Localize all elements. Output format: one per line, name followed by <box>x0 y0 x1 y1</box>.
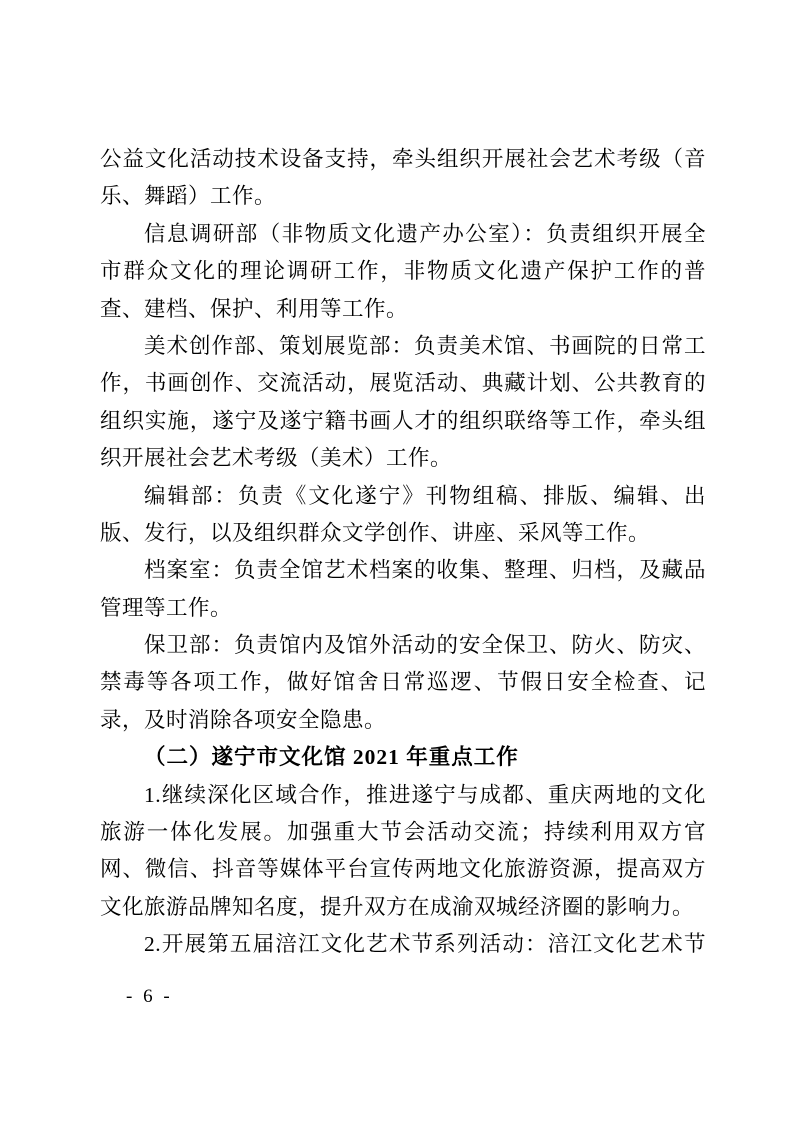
text-line: 1.继续深化区域合作，推进遂宁与成都、重庆两地的文化 <box>100 777 706 814</box>
section-heading: （二）遂宁市文化馆 2021 年重点工作 <box>100 739 706 776</box>
text-line: 版、发行，以及组织群众文学创作、讲座、采风等工作。 <box>100 515 706 552</box>
text-line: 编辑部：负责《文化遂宁》刊物组稿、排版、编辑、出 <box>100 478 706 515</box>
text-line: 织开展社会艺术考级（美术）工作。 <box>100 440 706 477</box>
text-line: 禁毒等各项工作，做好馆舍日常巡逻、节假日安全检查、记 <box>100 664 706 701</box>
document-page: 公益文化活动技术设备支持，牵头组织开展社会艺术考级（音 乐、舞蹈）工作。 信息调… <box>0 0 793 1122</box>
text-line: 信息调研部（非物质文化遗产办公室）：负责组织开展全 <box>100 216 706 253</box>
text-line: 查、建档、保护、利用等工作。 <box>100 291 706 328</box>
text-line: 乐、舞蹈）工作。 <box>100 178 706 215</box>
text-line: 档案室：负责全馆艺术档案的收集、整理、归档，及藏品 <box>100 552 706 589</box>
text-line: 网、微信、抖音等媒体平台宣传两地文化旅游资源，提高双方 <box>100 851 706 888</box>
document-body: 公益文化活动技术设备支持，牵头组织开展社会艺术考级（音 乐、舞蹈）工作。 信息调… <box>100 141 706 964</box>
text-line: 组织实施，遂宁及遂宁籍书画人才的组织联络等工作，牵头组 <box>100 403 706 440</box>
text-line: 美术创作部、策划展览部：负责美术馆、书画院的日常工 <box>100 328 706 365</box>
text-line: 市群众文化的理论调研工作，非物质文化遗产保护工作的普 <box>100 253 706 290</box>
text-line: 文化旅游品牌知名度，提升双方在成渝双城经济圈的影响力。 <box>100 889 706 926</box>
page-number: - 6 - <box>126 986 173 1008</box>
text-line: 录，及时消除各项安全隐患。 <box>100 702 706 739</box>
text-line: 管理等工作。 <box>100 590 706 627</box>
text-line: 公益文化活动技术设备支持，牵头组织开展社会艺术考级（音 <box>100 141 706 178</box>
text-line: 作，书画创作、交流活动，展览活动、典藏计划、公共教育的 <box>100 365 706 402</box>
text-line: 2.开展第五届涪江文化艺术节系列活动：涪江文化艺术节 <box>100 926 706 963</box>
text-line: 旅游一体化发展。加强重大节会活动交流；持续利用双方官 <box>100 814 706 851</box>
text-line: 保卫部：负责馆内及馆外活动的安全保卫、防火、防灾、 <box>100 627 706 664</box>
